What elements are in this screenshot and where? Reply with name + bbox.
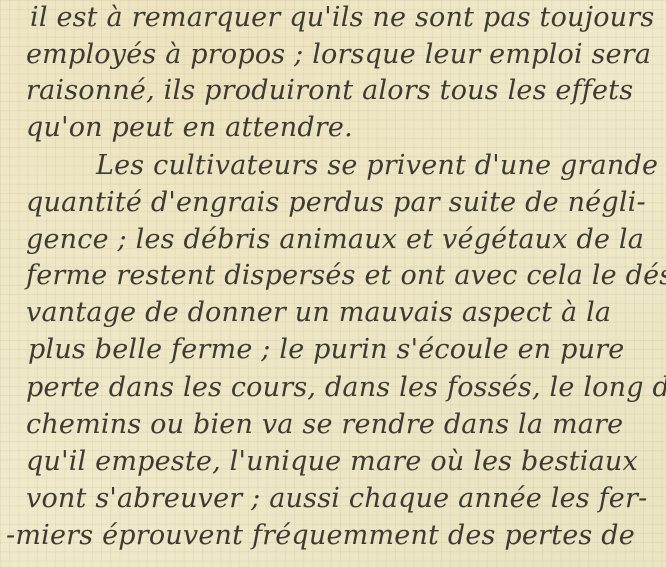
text-line-3: raisonné, ils produiront alors tous les … [26,73,633,109]
text-line-15: -miers éprouvent fréquemment des pertes … [6,518,635,554]
text-line-10: plus belle ferme ; le purin s'écoule en … [28,332,624,368]
text-line-2: employés à propos ; lorsque leur emploi … [26,37,651,73]
text-line-11: perte dans les cours, dans les fossés, l… [26,370,666,406]
text-line-9: vantage de donner un mauvais aspect à la [26,295,611,331]
text-line-5-paragraph-start: Les cultivateurs se privent d'une grande [96,148,658,184]
text-line-14: vont s'abreuver ; aussi chaque année les… [26,481,647,517]
text-line-1: il est à remarquer qu'ils ne sont pas to… [30,0,654,36]
manuscript-page: il est à remarquer qu'ils ne sont pas to… [0,0,666,567]
text-line-4: qu'on peut en attendre. [26,110,353,146]
text-line-8: ferme restent dispersés et ont avec cela… [26,258,666,294]
handwritten-text-block: il est à remarquer qu'ils ne sont pas to… [0,0,666,567]
text-line-12: chemins ou bien va se rendre dans la mar… [26,407,623,443]
text-line-13: qu'il empeste, l'unique mare où les best… [26,444,638,480]
text-line-6: quantité d'engrais perdus par suite de n… [26,185,646,221]
text-line-7: gence ; les débris animaux et végétaux d… [26,222,644,258]
